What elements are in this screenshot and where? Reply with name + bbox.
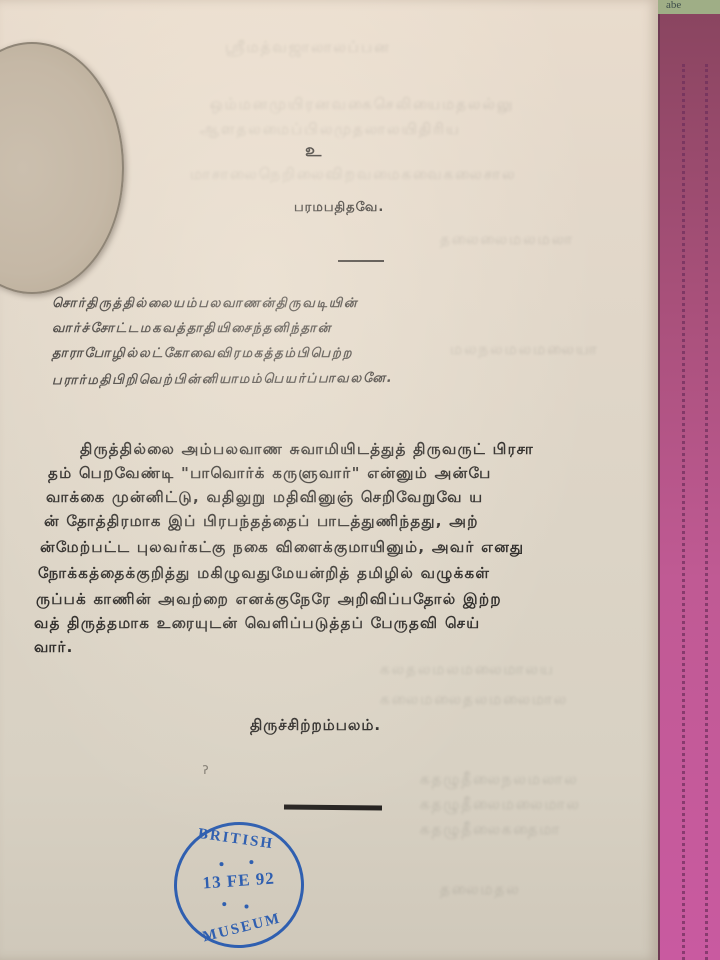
bleed-through-text: கலதலமலமலைமாலய [380, 660, 555, 680]
bleed-through-text: தலைமதல [440, 880, 521, 900]
stamp-dot [249, 860, 253, 864]
verse-line: சொர்திருத்தில்லையம்பலவாணன்திருவடியின் [52, 296, 358, 312]
bleed-through-text: மாசாலைநெறிலைவிறவமைகவைகலைசால [190, 165, 516, 185]
bleed-through-text: ஸ்ரீமத்வஜாலாலப்பன [225, 38, 391, 58]
stamp-dot [219, 862, 223, 866]
bleed-through-text: ஒம்மனமுயிரனவகைசெலியைமதலல்லு [210, 95, 514, 115]
bleed-through-text: கதழுதீலைமலைமால [420, 795, 581, 815]
background-book-text: abe [666, 0, 681, 11]
paragraph-line: தம் பெறவேண்டி "பாவொர்க் கருளுவார்" என்னு… [48, 464, 492, 484]
paragraph-line: ன்மேற்பட்ட புலவர்கட்கு நகை விளைக்குமாயின… [40, 538, 524, 558]
bleed-through-text: மலநலமலமலையா [450, 340, 599, 360]
small-ink-mark: ॽ [202, 760, 209, 779]
cover-ornamental-border [682, 64, 708, 960]
pillaiyar-suzhi-ornament: உ [305, 140, 321, 163]
verse-line: தாராபோழில்லட்கோவைவிரமகத்தம்பிபெற்ற [52, 346, 353, 362]
paragraph-line: ருப்பக் காணின் அவற்றை எனக்குநேரே அறிவிப்… [36, 590, 502, 610]
paragraph-line: நோக்கத்தைக்குறித்து மகிழுவதுமேயன்றித் தம… [38, 564, 490, 584]
paragraph-line: ன் தோத்திரமாக இப் பிரபந்தத்தைப் பாடத்துண… [44, 512, 479, 532]
book-cover-edge [658, 14, 720, 960]
stamp-date: 13 FE 92 [176, 867, 301, 896]
verse-line: பரார்மதிபிறிவெற்பின்னியாமம்பெயர்ப்பாவலனே… [52, 371, 394, 389]
verse-line: வார்ச்சோட்டமகவத்தாதியிசைந்தனிந்தான் [52, 321, 332, 337]
heading-rule [338, 260, 384, 262]
paragraph-line: வாக்கை முன்னிட்டு, வதிலுறு மதிவினுஞ் செற… [46, 488, 483, 508]
british-museum-stamp: BRITISH 13 FE 92 MUSEUM [170, 818, 308, 953]
paragraph-line: திருத்தில்லை அம்பலவாண சுவாமியிடத்துத் தி… [80, 440, 534, 460]
background-book-strip: abe [658, 0, 720, 14]
end-rule [284, 804, 382, 810]
page-heading: பரமபதிதவே. [294, 200, 384, 216]
bleed-through-text: கதழுதீலைநலமலால [420, 770, 579, 790]
bleed-through-text: கதழுதீலைகதைமா [420, 820, 561, 840]
stamp-dot [222, 902, 226, 906]
bleed-through-text: ஆளதலமைப்பிலமுதலாலயிதிரிய [200, 120, 461, 140]
bleed-through-text: தலைலைமலமலா [440, 230, 574, 250]
paragraph-line: வார். [34, 638, 74, 658]
stamp-dot [244, 904, 248, 908]
bleed-through-text: கலைமலைதலமலைமால [380, 690, 568, 710]
stamp-top-text: BRITISH [173, 823, 298, 857]
stamp-bottom-text: MUSEUM [180, 905, 304, 951]
closing-line: திருச்சிற்றம்பலம். [250, 716, 381, 736]
paragraph-line: வத் திருத்தமாக உரையுடன் வெளிப்படுத்தப் ப… [34, 614, 480, 634]
